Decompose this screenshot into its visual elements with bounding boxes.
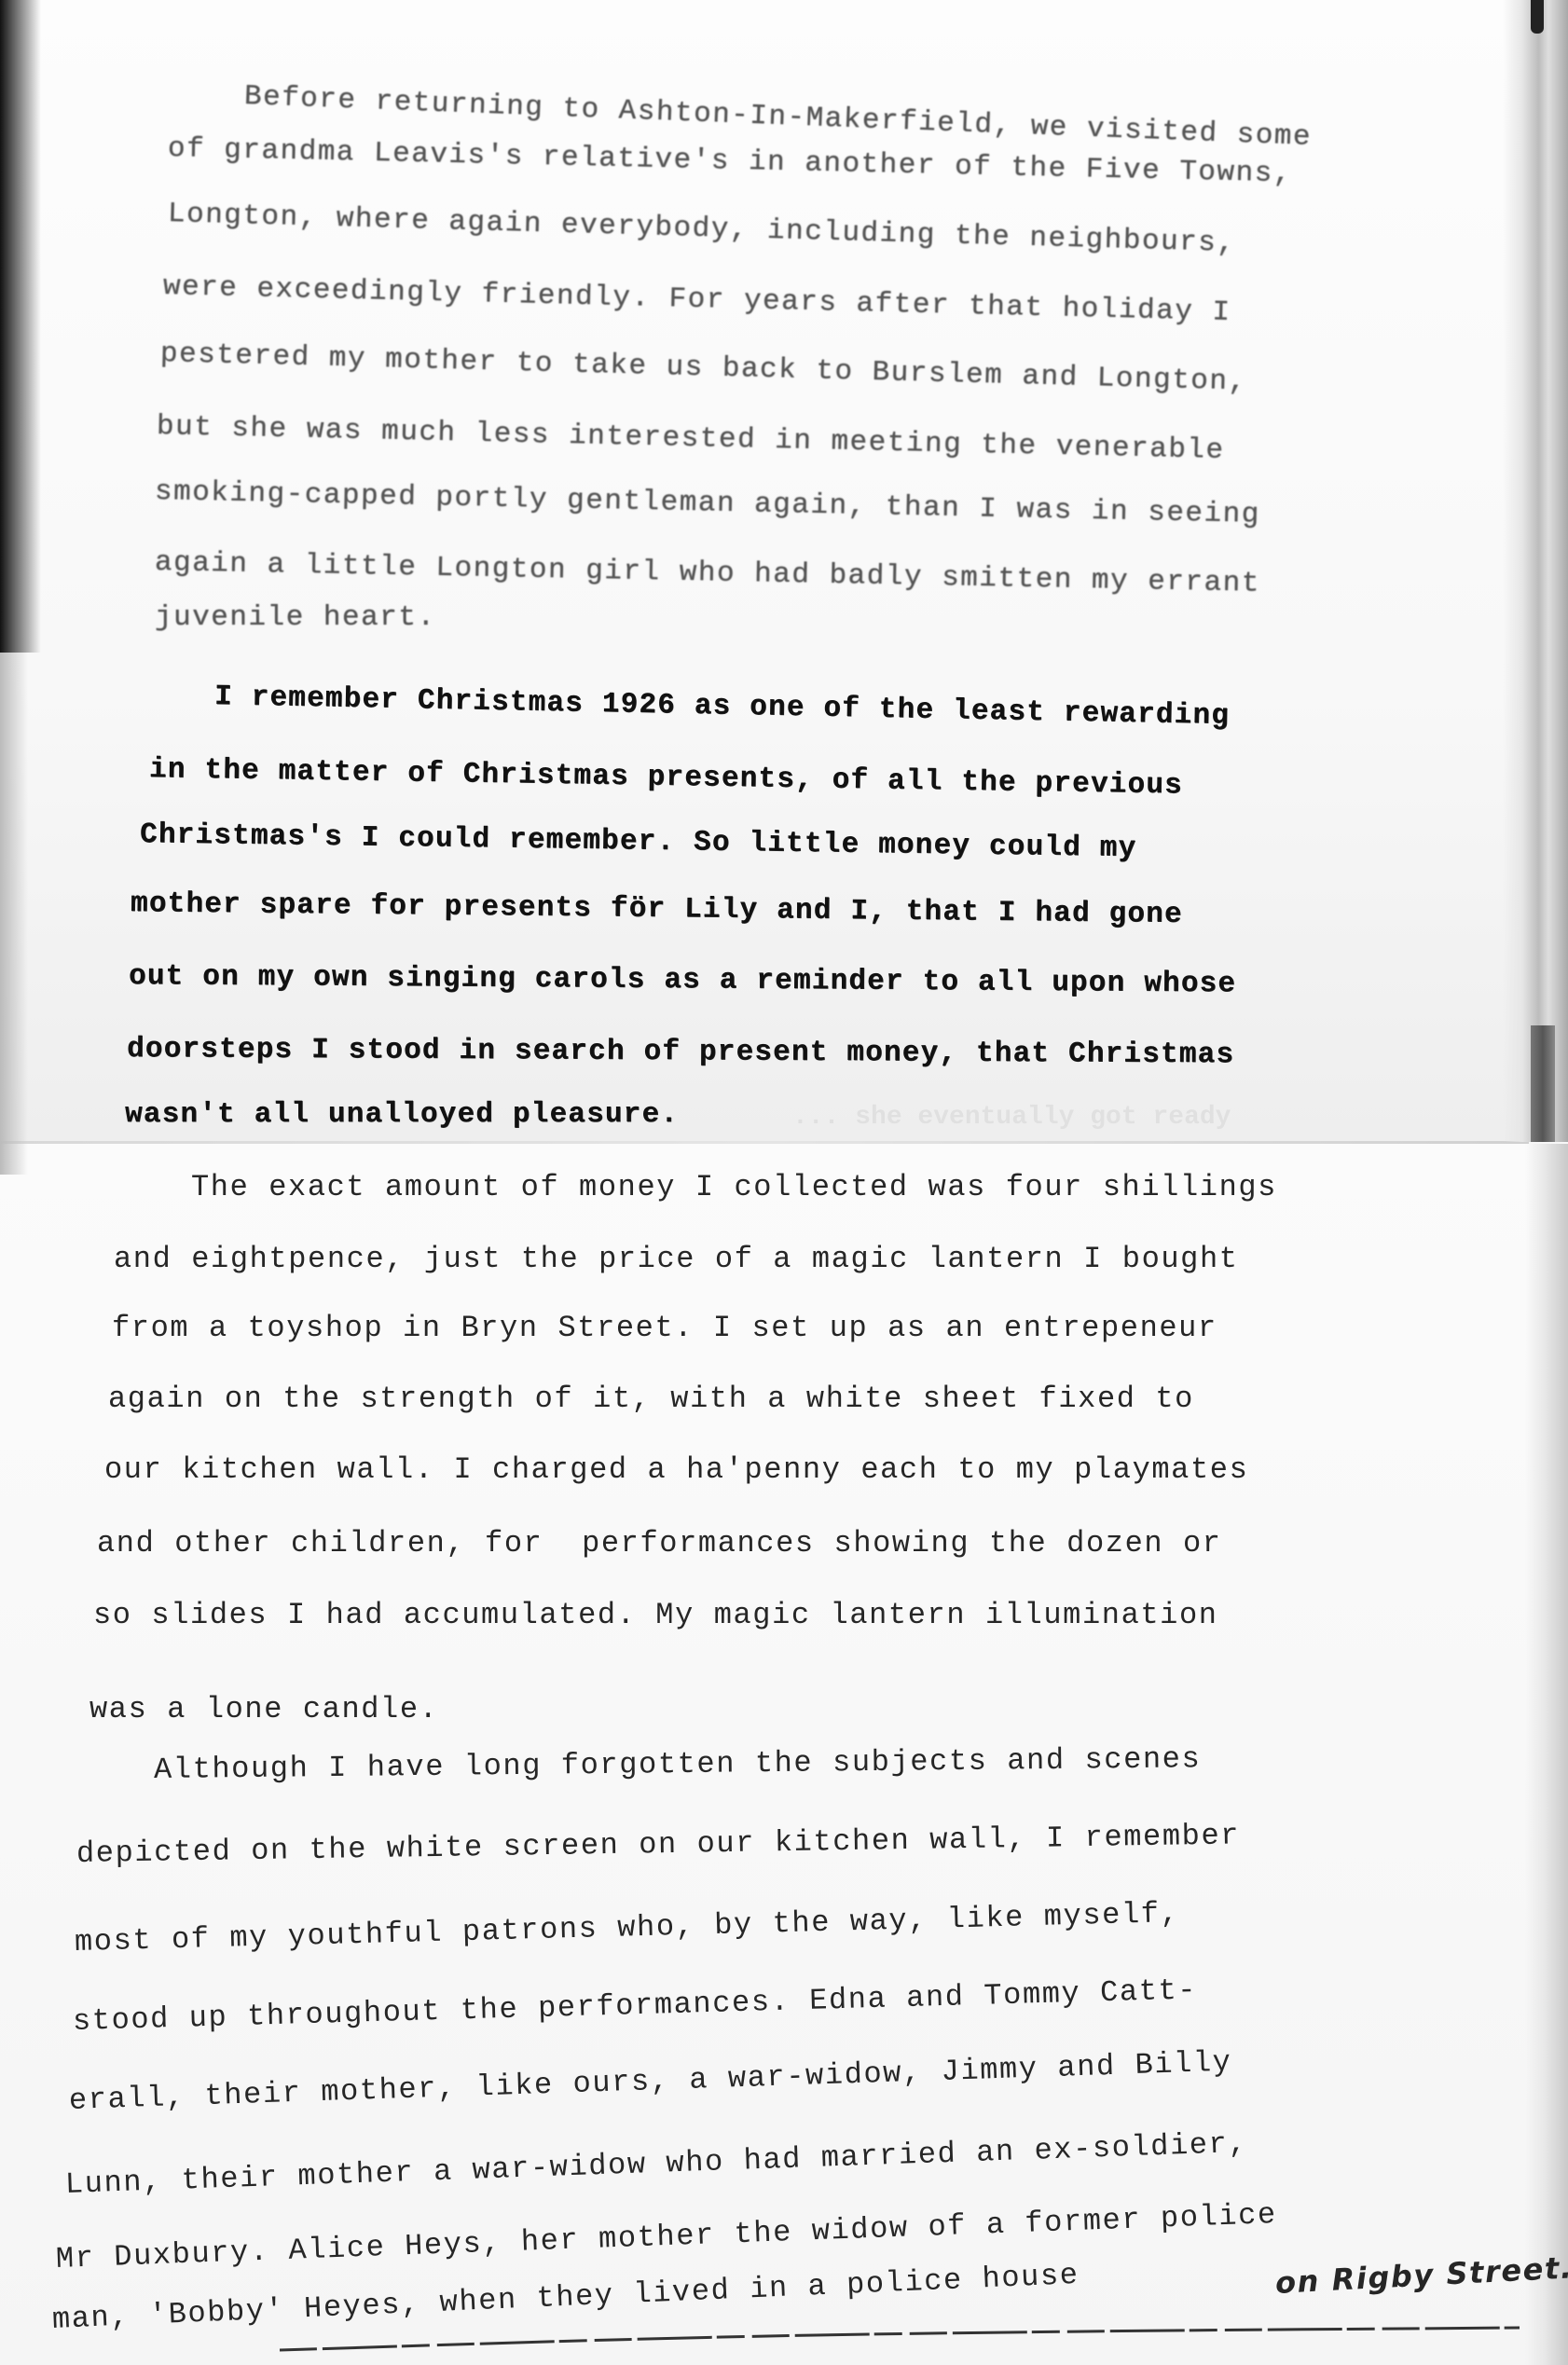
left-binding-shadow-lower — [0, 653, 28, 1175]
text-line: wasn't all unalloyed pleasure. — [125, 1098, 679, 1131]
scan-seam-divider — [0, 1141, 1529, 1144]
right-edge-dark-band — [1531, 1025, 1555, 1142]
left-binding-shadow — [0, 0, 41, 653]
text-line: and other children, for performances sho… — [97, 1526, 1222, 1561]
right-page-stack-edge-lower — [1525, 1144, 1568, 2365]
right-page-stack-edge — [1503, 0, 1568, 1142]
text-line: The exact amount of money I collected wa… — [191, 1170, 1277, 1204]
text-line: our kitchen wall. I charged a ha'penny e… — [104, 1452, 1248, 1487]
text-line: and eightpence, just the price of a magi… — [114, 1242, 1239, 1276]
text-line: juvenile heart. — [155, 601, 436, 634]
bottom-ink-line — [280, 2326, 1520, 2354]
text-line: from a toyshop in Bryn Street. I set up … — [112, 1311, 1217, 1345]
show-through-text: ... she eventually got ready — [792, 1103, 1231, 1132]
binder-clip — [1531, 0, 1544, 34]
text-line: so slides I had accumulated. My magic la… — [93, 1598, 1218, 1632]
text-line: was a lone candle. — [89, 1692, 438, 1726]
text-line: doorsteps I stood in search of present m… — [127, 1033, 1234, 1071]
text-line: again on the strength of it, with a whit… — [108, 1382, 1194, 1416]
